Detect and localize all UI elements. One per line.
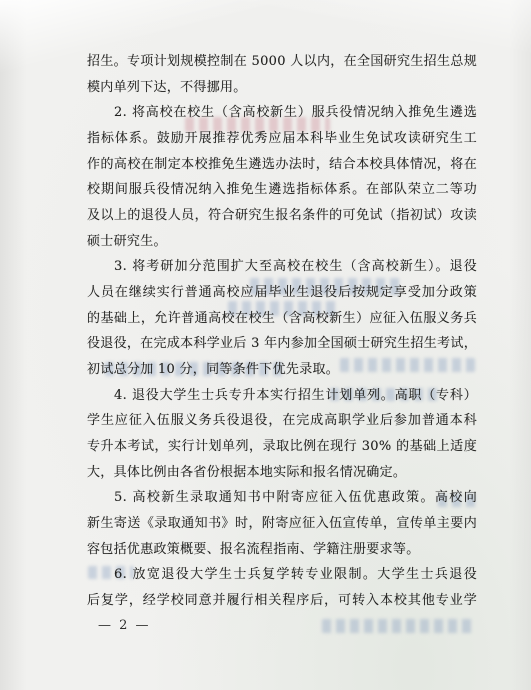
document-page: 招生。专项计划规模控制在 5000 人以内，在全国研究生招生总规模内单列下达，不… [0, 0, 531, 690]
text-line: 役退役，在完成本科学业后 3 年内参加全国硕士研究生招生考试， [87, 331, 477, 357]
text-line: 初试总分加 10 分，同等条件下优先录取。 [87, 357, 477, 383]
document-body: 招生。专项计划规模控制在 5000 人以内，在全国研究生招生总规模内单列下达，不… [87, 49, 477, 614]
text-line: 专升本考试，实行计划单列，录取比例在现行 30% 的基础上适度扩 [87, 434, 477, 460]
text-line: 2. 将高校在校生（含高校新生）服兵役情况纳入推免生遴选 [87, 100, 477, 126]
text-line: 3. 将考研加分范围扩大至高校在校生（含高校新生）。退役 [87, 254, 477, 280]
text-line: 大，具体比例由各省份根据本地实际和报名情况确定。 [87, 460, 477, 486]
text-line: 模内单列下达，不得挪用。 [87, 75, 477, 101]
text-line: 及以上的退役人员，符合研究生报名条件的可免试（指初试）攻读 [87, 203, 477, 229]
text-line: 容包括优惠政策概要、报名流程指南、学籍注册要求等。 [87, 537, 477, 563]
text-line: 招生。专项计划规模控制在 5000 人以内，在全国研究生招生总规 [87, 49, 477, 75]
text-line: 后复学，经学校同意并履行相关程序后，可转入本校其他专业学 [87, 588, 477, 614]
page-number: — 2 — [98, 618, 151, 633]
text-line: 学生应征入伍服义务兵役退役，在完成高职学业后参加普通本科 [87, 408, 477, 434]
bleed-through-ghost [322, 619, 472, 633]
text-line: 的基础上，允许普通高校在校生（含高校新生）应征入伍服义务兵 [87, 306, 477, 332]
text-line: 6. 放宽退役大学生士兵复学转专业限制。大学生士兵退役 [87, 562, 477, 588]
text-line: 4. 退役大学生士兵专升本实行招生计划单列。高职（专科） [87, 383, 477, 409]
text-line: 作的高校在制定本校推免生遴选办法时，结合本校具体情况，将在 [87, 152, 477, 178]
text-line: 硕士研究生。 [87, 229, 477, 255]
text-line: 人员在继续实行普通高校应届毕业生退役后按规定享受加分政策 [87, 280, 477, 306]
text-line: 校期间服兵役情况纳入推免生遴选指标体系。在部队荣立二等功 [87, 177, 477, 203]
text-line: 指标体系。鼓励开展推荐优秀应届本科毕业生免试攻读研究生工 [87, 126, 477, 152]
text-line: 5. 高校新生录取通知书中附寄应征入伍优惠政策。高校向 [87, 485, 477, 511]
text-line: 新生寄送《录取通知书》时，附寄应征入伍宣传单，宣传单主要内 [87, 511, 477, 537]
